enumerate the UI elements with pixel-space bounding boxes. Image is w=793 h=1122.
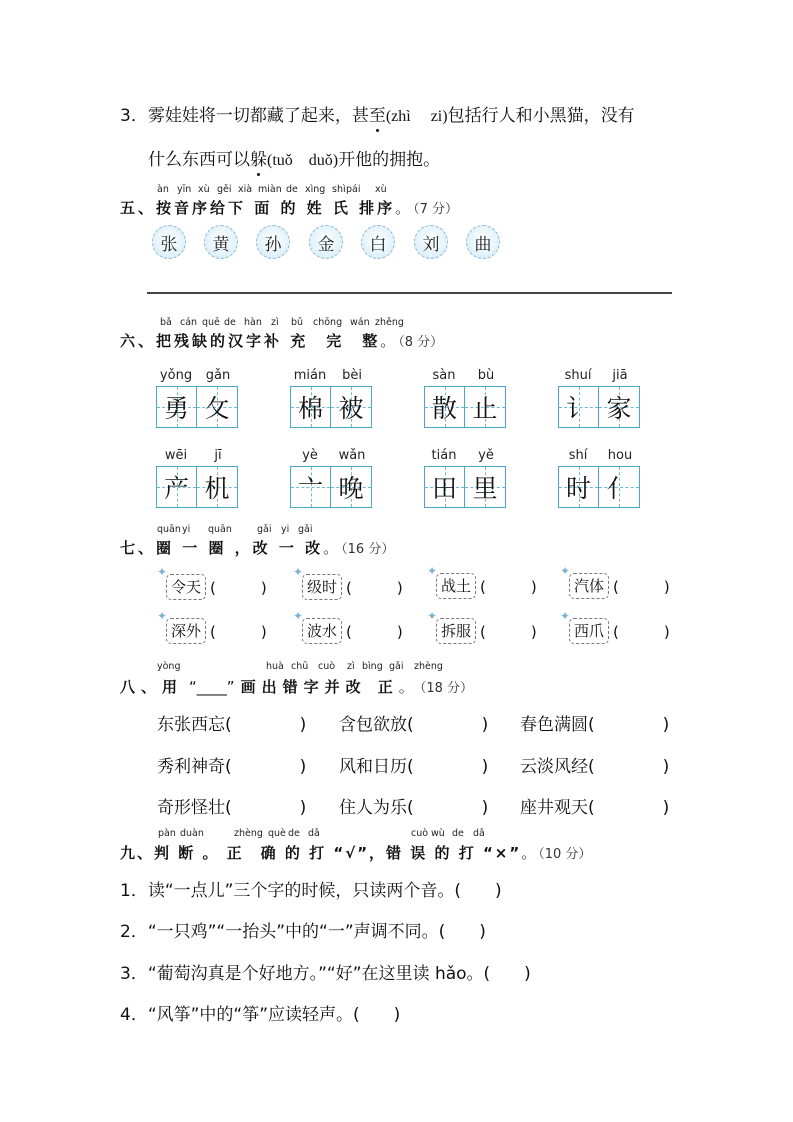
answer-blank[interactable]: ( ) xyxy=(346,577,403,598)
pinyin: wù xyxy=(431,828,445,839)
pinyin: chōng xyxy=(313,317,342,328)
pinyin: quān xyxy=(157,524,181,535)
true-false-item[interactable]: 3．“葡萄沟真是个好地方。”“好”在这里读 hǎo。( ) xyxy=(120,959,531,984)
idiom-text: 东张西忘 xyxy=(157,715,225,735)
q3-dotted-char: 至 xyxy=(369,106,386,126)
pinyin: gǎi xyxy=(298,524,313,535)
pinyin: gǎn xyxy=(206,368,230,383)
word-tag: ✦西爪( ) xyxy=(569,618,670,644)
pinyin: de xyxy=(452,828,464,839)
word-tag: ✦拆服( ) xyxy=(436,618,537,644)
answer-blank[interactable]: ( ) xyxy=(613,576,670,597)
points: （8 分） xyxy=(398,335,443,350)
section6-heading: 六、把残缺的汉字补 充 完 整。（8 分） xyxy=(120,330,443,351)
pinyin: bǎ xyxy=(160,317,172,328)
pinyin: yǒng xyxy=(160,368,192,383)
pinyin: dǎ xyxy=(473,828,485,839)
char-cell: 家 xyxy=(599,387,639,427)
pinyin: shuí xyxy=(565,368,592,383)
period: 。 xyxy=(521,844,538,862)
pinyin: sàn xyxy=(433,368,456,383)
pinyin: zhèng xyxy=(414,661,443,672)
section-title: 七、圈 一 圈 ，改 一 改 xyxy=(120,539,323,557)
pinyin: yè xyxy=(302,448,318,463)
answer-blank[interactable]: ( ) xyxy=(588,757,669,777)
word-to-correct[interactable]: 战土 xyxy=(436,573,476,599)
section6-pinyin: bǎ cán quē de hàn zì bǔ chōng wán zhěng xyxy=(0,317,793,329)
idiom-item[interactable]: 东张西忘( ) xyxy=(157,710,306,735)
char-cell: 机 xyxy=(197,467,237,507)
section5-pinyin: àn yīn xù gěi xià miàn de xìng shì pái x… xyxy=(0,184,793,196)
pinyin: gěi xyxy=(217,184,232,195)
pinyin: bèi xyxy=(342,368,362,383)
q3-line-2: 什么东西可以躲(tuǒ duǒ)开他的拥抱。 xyxy=(148,145,440,170)
idiom-item[interactable]: 春色满圆( ) xyxy=(520,710,669,735)
char-cell: 勇 xyxy=(157,387,197,427)
q3-dotted-char-2: 躲 xyxy=(250,150,267,170)
word-tag: ✦令天( ) xyxy=(166,574,267,600)
section7-pinyin: quān yi quān gǎi yi gǎi xyxy=(0,524,793,536)
section5-heading: 五、按音序给下 面 的 姓 氏 排序。（7 分） xyxy=(120,197,458,218)
tianzige-word: yèwǎn 亠晚 xyxy=(290,448,374,508)
pinyin: shí xyxy=(569,448,588,463)
pinyin: tián xyxy=(432,448,457,463)
pinyin: quē xyxy=(202,317,220,328)
word-to-correct[interactable]: 深外 xyxy=(166,618,206,644)
char-cell[interactable]: 亻 xyxy=(599,467,639,507)
points: （16 分） xyxy=(341,542,394,557)
pinyin: yi xyxy=(281,524,289,535)
pinyin: xù xyxy=(198,184,210,195)
surname-badge: 金 xyxy=(309,225,343,259)
char-cell: 晚 xyxy=(331,467,371,507)
section-title-rest: 画出错字并改 正 xyxy=(241,678,399,696)
char-cell: 田 xyxy=(425,467,465,507)
pinyin: miàn xyxy=(258,184,282,195)
period: 。 xyxy=(380,332,398,350)
pinyin: wēi xyxy=(165,448,187,463)
pinyin: gǎi xyxy=(257,524,272,535)
pinyin: xià xyxy=(238,184,252,195)
word-to-correct[interactable]: 级时 xyxy=(302,574,342,600)
true-false-item[interactable]: 1．读“一点儿”三个字的时候，只读两个音。( ) xyxy=(120,876,502,901)
pinyin: yě xyxy=(478,448,494,463)
word-to-correct[interactable]: 令天 xyxy=(166,574,206,600)
answer-blank[interactable]: ( ) xyxy=(225,798,306,818)
pinyin: yīn xyxy=(177,184,191,195)
surname-badge: 黄 xyxy=(204,225,238,259)
pinyin: hàn xyxy=(244,317,262,328)
surname-badge: 白 xyxy=(361,225,395,259)
answer-blank[interactable]: ( ) xyxy=(588,798,669,818)
answer-blank[interactable]: ( ) xyxy=(407,798,488,818)
pinyin: zhèng xyxy=(234,828,263,839)
surname-badge: 张 xyxy=(152,225,186,259)
answer-blank[interactable]: ( ) xyxy=(588,715,669,735)
pinyin: de xyxy=(286,184,298,195)
pinyin: xù xyxy=(375,184,387,195)
answer-blank[interactable]: ( ) xyxy=(480,576,537,597)
tianzige-word: yǒnggǎn 勇攵 xyxy=(156,368,240,428)
tianzige-word: shuíjiā 讠家 xyxy=(558,368,642,428)
pinyin: jiā xyxy=(612,368,627,383)
q3-pinyin-choice: (zhì zi) xyxy=(386,108,448,125)
true-false-item[interactable]: 2．“一只鸡”“一抬头”中的“一”声调不同。( ) xyxy=(120,917,486,942)
pinyin: zhěng xyxy=(375,317,404,328)
pinyin: bǔ xyxy=(291,317,303,328)
idiom-text: 奇形怪壮 xyxy=(157,798,225,818)
char-cell[interactable]: 里 xyxy=(465,467,505,507)
pinyin: duàn xyxy=(180,828,204,839)
pinyin: cuò xyxy=(318,661,335,672)
surname-badge: 刘 xyxy=(414,225,448,259)
answer-blank[interactable]: ( ) xyxy=(225,715,306,735)
pinyin: huà xyxy=(266,661,284,672)
section9-pinyin: pàn duàn zhèng què de dǎ cuò wù de dǎ xyxy=(0,828,793,840)
idiom-text: 春色满圆 xyxy=(520,715,588,735)
period: 。 xyxy=(323,539,341,557)
word-tag: ✦战土( ) xyxy=(436,573,537,599)
points: （10 分） xyxy=(538,847,591,862)
answer-line[interactable] xyxy=(147,292,672,294)
answer-blank[interactable]: ( ) xyxy=(346,621,403,642)
char-cell: 棉 xyxy=(291,387,331,427)
answer-blank[interactable]: ( ) xyxy=(407,715,488,735)
idiom-item[interactable]: 住人为乐( ) xyxy=(339,793,488,818)
char-cell: 被 xyxy=(331,387,371,427)
pinyin: de xyxy=(224,317,236,328)
pinyin: jī xyxy=(214,448,221,463)
answer-blank[interactable]: ( ) xyxy=(210,577,267,598)
q3-text-c: 什么东西可以 xyxy=(148,150,250,170)
tianzige-word: shíhou 时亻 xyxy=(558,448,642,508)
surname-badge: 曲 xyxy=(466,225,500,259)
pinyin: zì xyxy=(271,317,279,328)
idiom-text: 住人为乐 xyxy=(339,798,407,818)
answer-blank[interactable]: ( ) xyxy=(210,621,267,642)
pinyin: bù xyxy=(478,368,495,383)
pinyin: cuò xyxy=(411,828,428,839)
surname-badge: 孙 xyxy=(256,225,290,259)
char-cell[interactable]: 亠 xyxy=(291,467,331,507)
tianzige-word: miánbèi 棉被 xyxy=(290,368,374,428)
period: 。 xyxy=(395,199,413,217)
true-false-item[interactable]: 4．“风筝”中的“筝”应读轻声。( ) xyxy=(120,1000,400,1025)
section-title: 五、按音序给下 面 的 姓 氏 排序 xyxy=(120,199,395,217)
section-title: 九、判 断 。 正 确 的 打 “√”，错 误 的 打 “×” xyxy=(120,844,521,862)
char-cell[interactable]: 止 xyxy=(465,387,505,427)
idiom-text: 含包欲放 xyxy=(339,715,407,735)
tianzige-word: sànbù 散止 xyxy=(424,368,508,428)
q3-text-a: 3．雾娃娃将一切都藏了起来，甚 xyxy=(120,106,369,126)
idiom-text: 云淡风经 xyxy=(520,757,588,777)
pinyin: shì xyxy=(332,184,346,195)
char-cell[interactable]: 产 xyxy=(157,467,197,507)
pinyin: hou xyxy=(608,448,632,463)
section9-heading: 九、判 断 。 正 确 的 打 “√”，错 误 的 打 “×”。（10 分） xyxy=(120,842,591,863)
char-cell: 散 xyxy=(425,387,465,427)
idiom-text: 风和日历 xyxy=(339,757,407,777)
idiom-item[interactable]: 奇形怪壮( ) xyxy=(157,793,306,818)
idiom-item[interactable]: 含包欲放( ) xyxy=(339,710,488,735)
pinyin: yi xyxy=(182,524,190,535)
idiom-item[interactable]: 风和日历( ) xyxy=(339,752,488,777)
pinyin: cán xyxy=(180,317,197,328)
word-tag: ✦汽体( ) xyxy=(569,573,670,599)
answer-blank[interactable]: ( ) xyxy=(225,757,306,777)
word-to-correct[interactable]: 拆服 xyxy=(436,618,476,644)
pinyin: chū xyxy=(291,661,308,672)
answer-blank[interactable]: ( ) xyxy=(480,621,537,642)
period: 。 xyxy=(399,678,420,696)
char-cell[interactable]: 讠 xyxy=(559,387,599,427)
underline-symbol: “____” xyxy=(189,678,235,696)
pinyin: quān xyxy=(208,524,232,535)
word-to-correct[interactable]: 西爪 xyxy=(569,618,609,644)
pinyin: bìng xyxy=(362,661,383,672)
word-tag: ✦波水( ) xyxy=(302,618,403,644)
pinyin: yòng xyxy=(157,661,181,672)
answer-blank[interactable]: ( ) xyxy=(407,757,488,777)
section7-heading: 七、圈 一 圈 ，改 一 改。（16 分） xyxy=(120,537,394,558)
pinyin: xìng xyxy=(305,184,325,195)
pinyin: de xyxy=(288,828,300,839)
idiom-text: 秀利神奇 xyxy=(157,757,225,777)
word-to-correct[interactable]: 汽体 xyxy=(569,573,609,599)
pinyin: què xyxy=(268,828,286,839)
q3-pinyin-choice-2: (tuǒ duǒ) xyxy=(267,152,338,169)
pinyin: dǎ xyxy=(308,828,320,839)
word-to-correct[interactable]: 波水 xyxy=(302,618,342,644)
idiom-text: 座井观天 xyxy=(520,798,588,818)
answer-blank[interactable]: ( ) xyxy=(613,621,670,642)
section-title: 六、把残缺的汉字补 充 完 整 xyxy=(120,332,380,350)
pinyin: gǎi xyxy=(389,661,404,672)
section8-pinyin: yòng huà chū cuò zì bìng gǎi zhèng xyxy=(0,661,793,673)
idiom-item[interactable]: 秀利神奇( ) xyxy=(157,752,306,777)
points: （7 分） xyxy=(413,202,458,217)
pinyin: mián xyxy=(294,368,326,383)
pinyin: zì xyxy=(347,661,355,672)
pinyin: pái xyxy=(346,184,361,195)
section8-heading: 八、用“____”画出错字并改 正。（18 分） xyxy=(120,676,473,697)
pinyin: wǎn xyxy=(339,448,366,463)
char-cell: 时 xyxy=(559,467,599,507)
q3-text-d: 开他的拥抱。 xyxy=(338,150,440,170)
q3-text-b: 包括行人和小黑猫，没有 xyxy=(448,106,635,126)
word-tag: ✦级时( ) xyxy=(302,574,403,600)
section-title: 八、用 xyxy=(120,678,183,696)
idiom-item[interactable]: 座井观天( ) xyxy=(520,793,669,818)
q3-line-1: 3．雾娃娃将一切都藏了起来，甚至(zhì zi)包括行人和小黑猫，没有 xyxy=(120,101,635,126)
char-cell[interactable]: 攵 xyxy=(197,387,237,427)
tianzige-word: wēijī 产机 xyxy=(156,448,240,508)
word-tag: ✦深外( ) xyxy=(166,618,267,644)
pinyin: pàn xyxy=(158,828,176,839)
idiom-item[interactable]: 云淡风经( ) xyxy=(520,752,669,777)
pinyin: wán xyxy=(350,317,370,328)
pinyin: àn xyxy=(157,184,169,195)
points: （18 分） xyxy=(420,681,473,696)
tianzige-word: tiányě 田里 xyxy=(424,448,508,508)
